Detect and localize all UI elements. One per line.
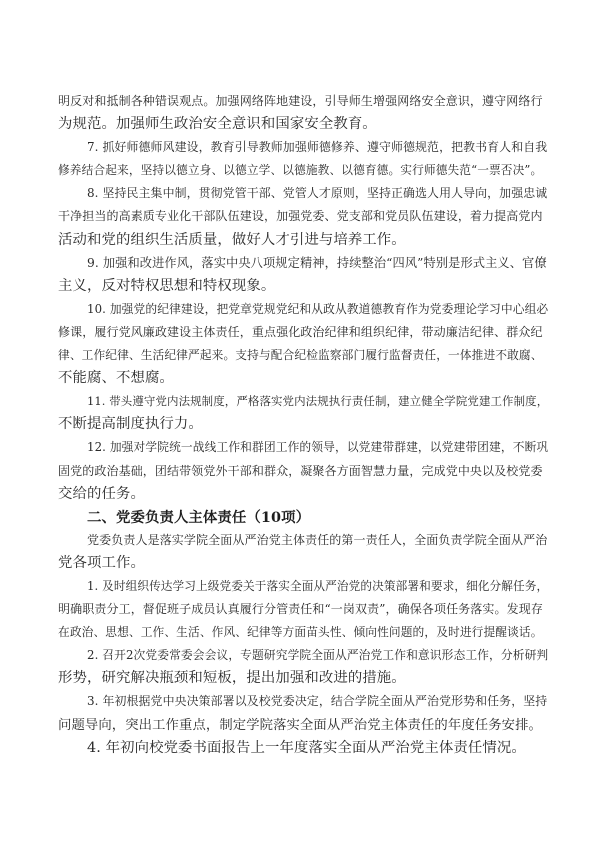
section-heading: 二、党委负责人主体责任（10项） [58, 506, 542, 529]
text-line: 交给的任务。 [58, 483, 542, 506]
text-line: 党委负责人是落实学院全面从严治党主体责任的第一责任人，全面负责学院全面从严治 [58, 529, 542, 552]
text-line: 9. 加强和改进作风，落实中央八项规定精神，持续整治“四风”特别是形式主义、官僚 [58, 252, 542, 275]
document-body: 明反对和抵制各种错误观点。加强网络阵地建设，引导师生增强网络安全意识，遵守网络行… [58, 90, 542, 760]
text-line: 不断提高制度执行力。 [58, 413, 542, 436]
text-line: 主义，反对特权思想和特权现象。 [58, 275, 542, 298]
text-line: 3. 年初根据党中央决策部署以及校党委决定，结合学院全面从严治党形势和任务，坚持 [58, 690, 542, 713]
text-line: 为规范。加强师生政治安全意识和国家安全教育。 [58, 113, 542, 136]
text-line: 在政治、思想、工作、生活、作风、纪律等方面苗头性、倾向性问题的，及时进行提醒谈话… [58, 621, 542, 644]
text-line: 2. 召开2次党委常委会会议，专题研究学院全面从严治党工作和意识形态工作，分析研… [58, 644, 542, 667]
text-line: 12. 加强对学院统一战线工作和群团工作的领导，以党建带群建，以党建带团建，不断… [58, 436, 542, 459]
text-line: 问题导向，突出工作重点，制定学院落实全面从严治党主体责任的年度任务安排。 [58, 714, 542, 737]
text-line: 1. 及时组织传达学习上级党委关于落实全面从严治党的决策部署和要求，细化分解任务… [58, 575, 542, 598]
text-line: 修课，履行党风廉政建设主体责任，重点强化政治纪律和组织纪律，带动廉洁纪律、群众纪 [58, 321, 542, 344]
text-line: 形势，研究解决瓶颈和短板，提出加强和改进的措施。 [58, 667, 542, 690]
text-line: 11. 带头遵守党内法规制度，严格落实党内法规执行责任制，建立健全学院党建工作制… [58, 390, 542, 413]
document-page: 明反对和抵制各种错误观点。加强网络阵地建设，引导师生增强网络安全意识，遵守网络行… [0, 0, 600, 848]
text-line: 7. 抓好师德师风建设，教育引导教师加强师德修养、遵守师德规范，把教书育人和自我 [58, 136, 542, 159]
text-line: 明确职责分工，督促班子成员认真履行分管责任和“一岗双责”，确保各项任务落实。发现… [58, 598, 542, 621]
text-line: 固党的政治基础，团结带领党外干部和群众，凝聚各方面智慧力量，完成党中央以及校党委 [58, 460, 542, 483]
text-line: 明反对和抵制各种错误观点。加强网络阵地建设，引导师生增强网络安全意识，遵守网络行 [58, 90, 542, 113]
text-line: 活动和党的组织生活质量，做好人才引进与培养工作。 [58, 229, 542, 252]
text-line: 8. 坚持民主集中制，贯彻党管干部、党管人才原则，坚持正确选人用人导向，加强忠诚 [58, 182, 542, 205]
text-line: 修养结合起来，坚持以德立身、以德立学、以德施教、以德育德。实行师德失范“一票否决… [58, 159, 542, 182]
text-line: 4. 年初向校党委书面报告上一年度落实全面从严治党主体责任情况。 [58, 737, 542, 760]
text-line: 10. 加强党的纪律建设，把党章党规党纪和从政从教道德教育作为党委理论学习中心组… [58, 298, 542, 321]
text-line: 不能腐、不想腐。 [58, 367, 542, 390]
text-line: 律、工作纪律、生活纪律严起来。支持与配合纪检监察部门履行监督责任，一体推进不敢腐… [58, 344, 542, 367]
text-line: 党各项工作。 [58, 552, 542, 575]
text-line: 干净担当的高素质专业化干部队伍建设，加强党委、党支部和党员队伍建设，着力提高党内 [58, 205, 542, 228]
